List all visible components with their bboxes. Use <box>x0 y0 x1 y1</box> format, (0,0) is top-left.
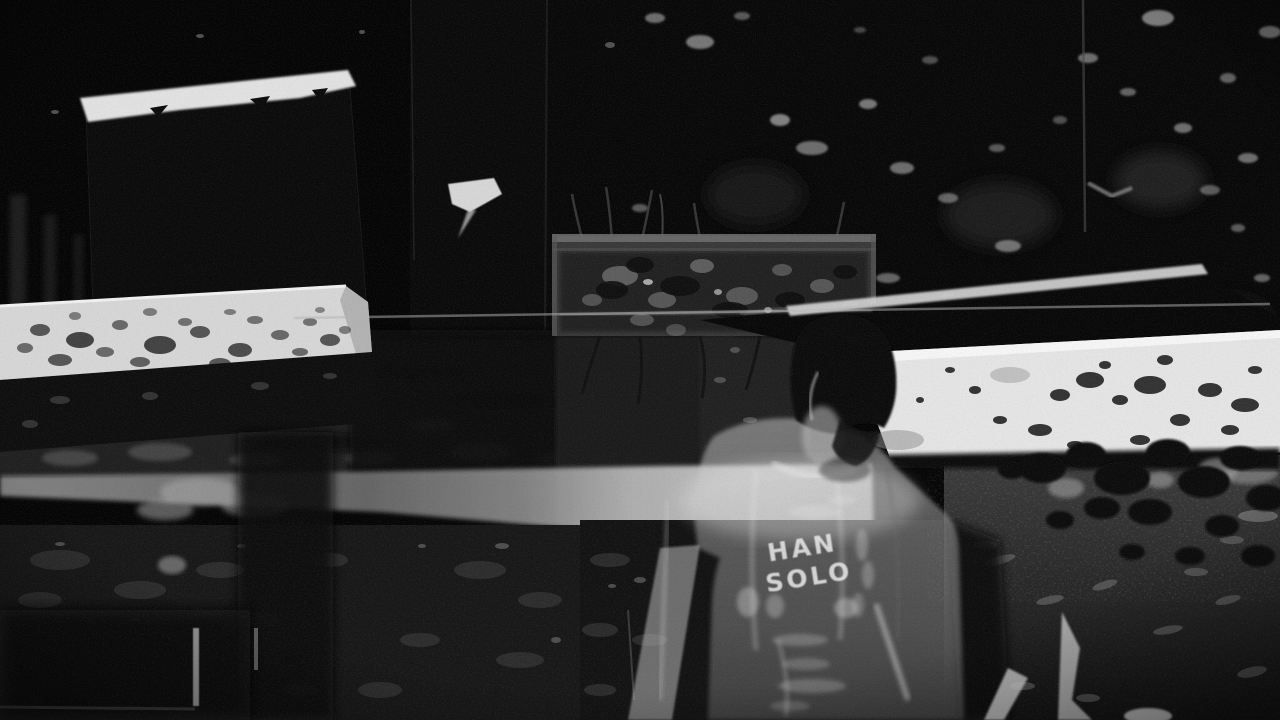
photo-stage: HAN SOLO <box>0 0 1280 720</box>
film-grain-overlay <box>0 0 1280 720</box>
ghost-cemetery-photo: HAN SOLO <box>0 0 1280 720</box>
vignette <box>0 0 1280 720</box>
